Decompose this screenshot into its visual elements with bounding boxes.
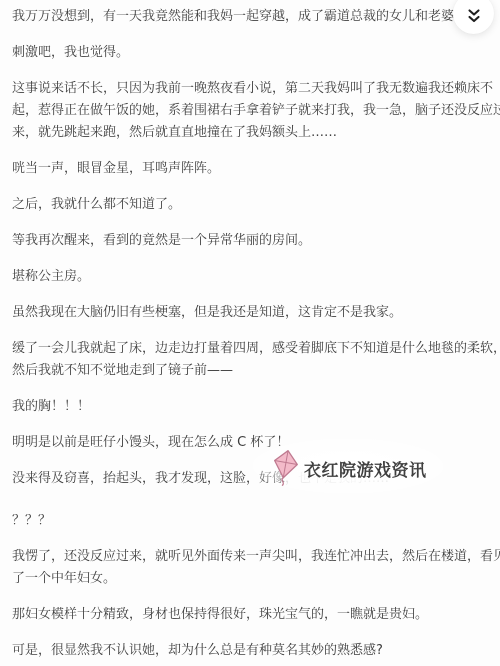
paragraph: 等我再次醒来，看到的竟然是一个异常华丽的房间。 xyxy=(12,230,496,252)
paragraph: 我的胸！！！ xyxy=(12,396,496,418)
watermark-text: 衣红院游戏资讯 xyxy=(304,456,427,481)
paragraph-text: 缓了一会儿我就起了床，边走边打量着四周，感受着脚底下不知道是什么地毯的柔软， 然… xyxy=(12,341,500,378)
paragraph: 我万万没想到，有一天我竟然能和我妈一起穿越，成了霸道总裁的女儿和老婆。 xyxy=(12,6,496,28)
paragraph-text: 可是，很显然我不认识她，却为什么总是有种莫名其妙的熟悉感? xyxy=(12,643,383,658)
paragraph: 咣当一声，眼冒金星，耳鸣声阵阵。 xyxy=(12,158,496,180)
paragraph: ？？？ xyxy=(12,510,496,532)
paragraph-text: ？？？ xyxy=(12,513,51,528)
paragraph-text: 堪称公主房。 xyxy=(12,269,90,284)
paragraph-text: 虽然我现在大脑仍旧有些梗塞，但是我还是知道，这肯定不是我家。 xyxy=(12,305,402,320)
paragraph: 可是，很显然我不认识她，却为什么总是有种莫名其妙的熟悉感? xyxy=(12,640,496,662)
paragraph-text: 我万万没想到，有一天我竟然能和我妈一起穿越，成了霸道总裁的女儿和老婆。 xyxy=(12,9,467,24)
article-page: 我万万没想到，有一天我竟然能和我妈一起穿越，成了霸道总裁的女儿和老婆。刺激吧，我… xyxy=(0,0,500,666)
paragraph-text: 咣当一声，眼冒金星，耳鸣声阵阵。 xyxy=(12,161,220,176)
paragraph: 那妇女模样十分精致，身材也保持得很好，珠光宝气的，一瞧就是贵妇。 xyxy=(12,604,496,626)
paragraph-text: 那妇女模样十分精致，身材也保持得很好，珠光宝气的，一瞧就是贵妇。 xyxy=(12,607,428,622)
paragraph-text: 我愣了，还没反应过来，就听见外面传来一声尖叫，我连忙冲出去，然后在楼道，看见 了… xyxy=(12,549,500,586)
paragraph-text: 等我再次醒来，看到的竟然是一个异常华丽的房间。 xyxy=(12,233,311,248)
paragraph-text: 没来得及窃喜，抬起头，我才发现，这脸，好像 xyxy=(12,471,285,486)
paragraph-text: 这事说来话不长，只因为我前一晚熬夜看小说，第二天我妈叫了我无数遍我还赖床不 起，… xyxy=(12,81,500,140)
paragraph: 虽然我现在大脑仍旧有些梗塞，但是我还是知道，这肯定不是我家。 xyxy=(12,302,496,324)
kite-icon xyxy=(269,447,302,489)
paragraph: 刺激吧，我也觉得。 xyxy=(12,42,496,64)
paragraph: 之后，我就什么都不知道了。 xyxy=(12,194,496,216)
paragraph: 这事说来话不长，只因为我前一晚熬夜看小说，第二天我妈叫了我无数遍我还赖床不 起，… xyxy=(12,78,496,144)
paragraph: 缓了一会儿我就起了床，边走边打量着四周，感受着脚底下不知道是什么地毯的柔软， 然… xyxy=(12,338,496,382)
double-chevron-down-icon xyxy=(467,9,481,24)
article-body: 我万万没想到，有一天我竟然能和我妈一起穿越，成了霸道总裁的女儿和老婆。刺激吧，我… xyxy=(0,0,500,662)
paragraph-text: 刺激吧，我也觉得。 xyxy=(12,45,129,60)
watermark: 衣红院游戏资讯 xyxy=(272,449,427,487)
paragraph-text: 之后，我就什么都不知道了。 xyxy=(12,197,181,212)
paragraph-text: 我的胸！！！ xyxy=(12,399,90,414)
paragraph: 堪称公主房。 xyxy=(12,266,496,288)
paragraph: 我愣了，还没反应过来，就听见外面传来一声尖叫，我连忙冲出去，然后在楼道，看见 了… xyxy=(12,546,496,590)
